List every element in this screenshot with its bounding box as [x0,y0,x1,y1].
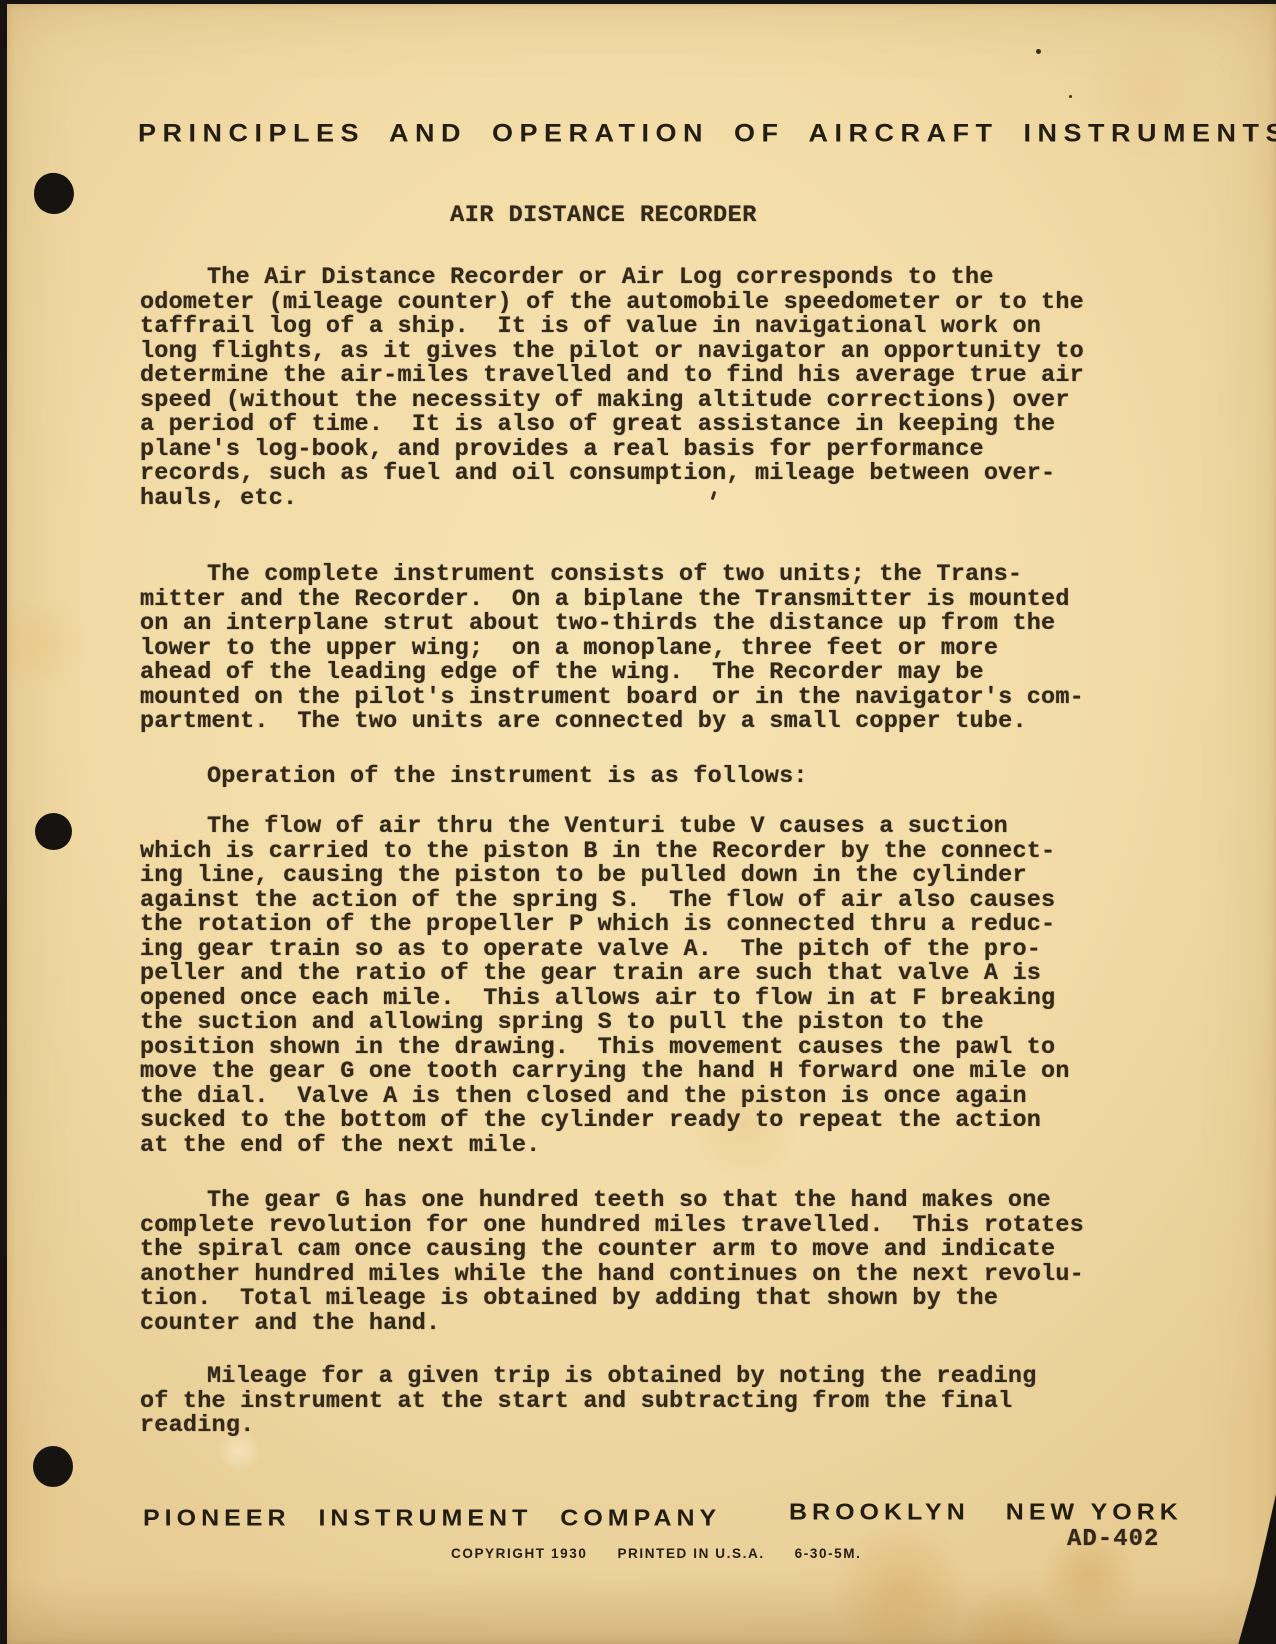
footer-location: BROOKLYN NEW YORK [789,1499,1183,1526]
punch-hole [33,1446,73,1487]
body-text: The Air Distance Recorder or Air Log cor… [140,266,1125,1439]
document-number: AD-402 [1067,1526,1159,1553]
footer-copyright-line: COPYRIGHT 1930 PRINTED IN U.S.A. 6-30-5M… [451,1546,862,1561]
paragraph-operation-detail: The flow of air thru the Venturi tube V … [140,815,1125,1158]
paragraph-operation-lead: Operation of the instrument is as follow… [140,765,1125,790]
corner-tear [1230,1494,1276,1644]
footer-city: BROOKLYN [789,1499,970,1526]
paragraph-mileage: Mileage for a given trip is obtained by … [140,1365,1125,1439]
printed-in-text: PRINTED IN U.S.A. [617,1546,764,1561]
paragraph-intro: The Air Distance Recorder or Air Log cor… [140,266,1125,511]
copyright-text: COPYRIGHT 1930 [451,1546,587,1561]
footer-company: PIONEER INSTRUMENT COMPANY [143,1505,721,1532]
document-page: PRINCIPLES AND OPERATION OF AIRCRAFT INS… [7,4,1276,1644]
punch-hole [31,170,76,216]
scanned-document: PRINCIPLES AND OPERATION OF AIRCRAFT INS… [0,0,1276,1644]
paragraph-gear: The gear G has one hundred teeth so that… [140,1189,1125,1336]
scan-speck [1036,49,1041,54]
scan-speck [1069,95,1072,98]
punch-hole [35,813,72,850]
paragraph-units: The complete instrument consists of two … [140,563,1125,735]
print-code-text: 6-30-5M. [795,1546,862,1561]
footer-state: NEW YORK [1006,1499,1183,1526]
page-title: AIR DISTANCE RECORDER [140,202,1115,229]
document-header: PRINCIPLES AND OPERATION OF AIRCRAFT INS… [138,119,1276,148]
